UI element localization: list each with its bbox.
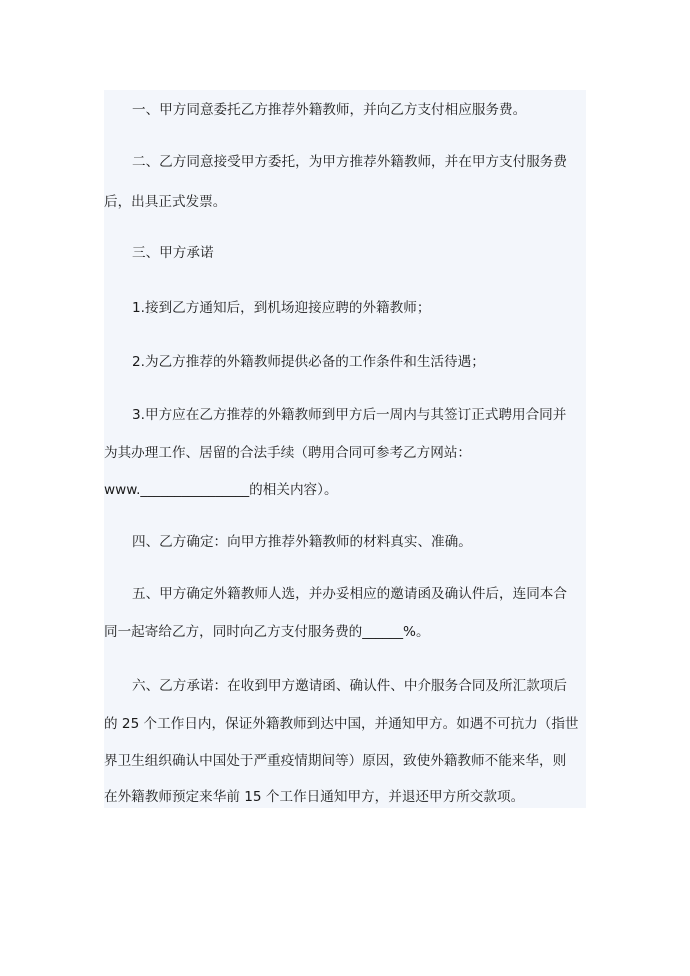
clause-3-item-2: 2.为乙方推荐的外籍教师提供必备的工作条件和生活待遇； [132,352,485,372]
clause-1-line-1: 一、甲方同意委托乙方推荐外籍教师，并向乙方支付相应服务费。 [132,100,526,120]
clause-3-item-3-line-1: 3.甲方应在乙方推荐的外籍教师到甲方后一周内与其签订正式聘用合同并 [132,405,566,425]
clause-5-line-2: 同一起寄给乙方，同时向乙方支付服务费的______%。 [104,622,430,642]
clause-2-line-1: 二、乙方同意接受甲方委托，为甲方推荐外籍教师，并在甲方支付服务费 [132,152,567,172]
clause-2-line-2: 后，出具正式发票。 [104,192,226,212]
clause-6-line-4: 在外籍教师预定来华前 15 个工作日通知甲方，并退还甲方所交款项。 [104,787,524,807]
clause-3-item-3-line-3: www.________________的相关内容）。 [104,480,338,500]
clause-3-item-1: 1.接到乙方通知后，到机场迎接应聘的外籍教师； [132,298,430,318]
clause-6-line-3: 界卫生组织确认中国处于严重疫情期间等）原因，致使外籍教师不能来华，则 [104,751,566,771]
clause-3-item-3-line-2: 为其办理工作、居留的合法手续（聘用合同可参考乙方网站： [104,443,471,463]
clause-3-heading: 三、甲方承诺 [132,243,214,263]
clause-6-line-1: 六、乙方承诺：在收到甲方邀请函、确认件、中介服务合同及所汇款项后 [132,676,567,696]
document-page: 一、甲方同意委托乙方推荐外籍教师，并向乙方支付相应服务费。 二、乙方同意接受甲方… [0,0,690,976]
clause-5-line-1: 五、甲方确定外籍教师人选，并办妥相应的邀请函及确认件后，连同本合 [132,584,567,604]
clause-6-line-2: 的 25 个工作日内，保证外籍教师到达中国，并通知甲方。如遇不可抗力（指世 [104,714,579,734]
clause-4-line-1: 四、乙方确定：向甲方推荐外籍教师的材料真实、准确。 [132,532,472,552]
